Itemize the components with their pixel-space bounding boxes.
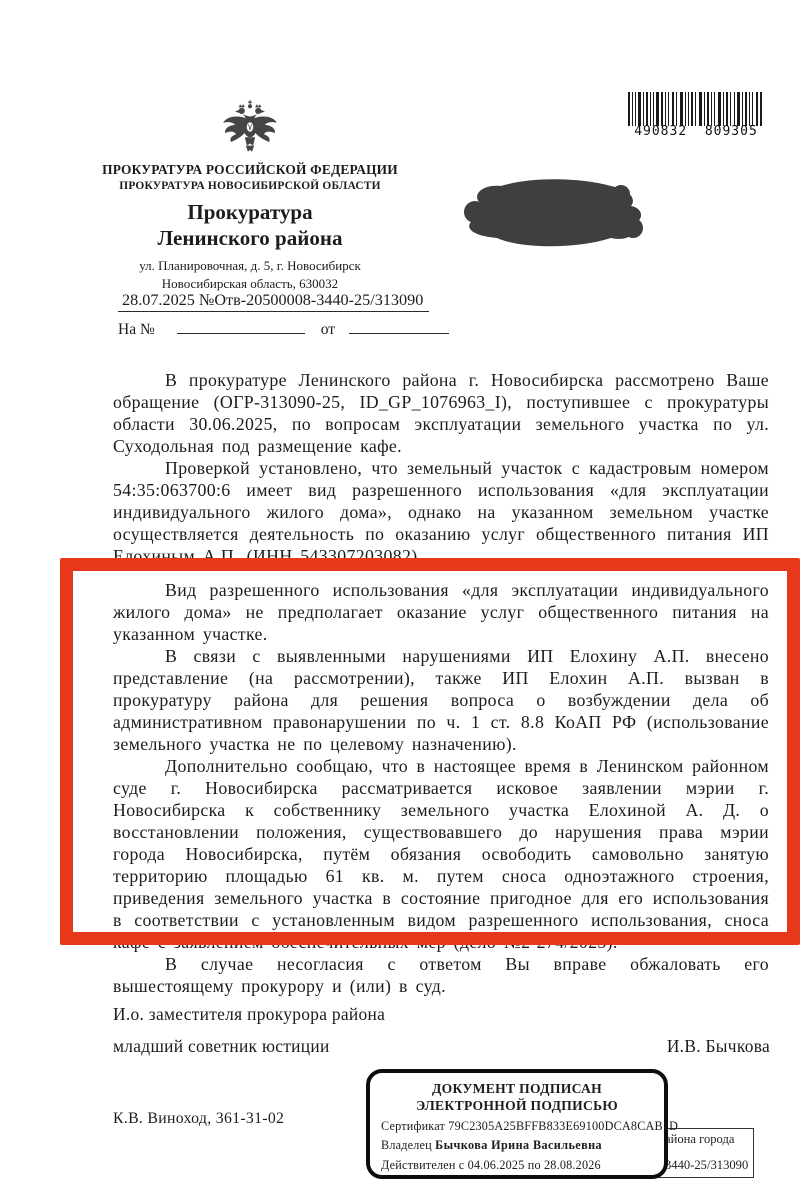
org-name-federation: ПРОКУРАТУРА РОССИЙСКОЙ ФЕДЕРАЦИИ bbox=[100, 162, 400, 178]
stamp-owner: Владелец Бычкова Ирина Васильевна bbox=[381, 1138, 653, 1153]
signer-position-line2: младший советник юстиции bbox=[113, 1036, 330, 1057]
stamp-certificate-value: 79C2305A25BFFB833E69100DCA8CAB1D bbox=[448, 1119, 678, 1133]
document-page: 490832 809305 bbox=[0, 0, 802, 1200]
signer-position-line1: И.о. заместителя прокурора района bbox=[113, 1004, 770, 1025]
outgoing-date-number: 28.07.2025 №Отв-20500008-3440-25/313090 bbox=[118, 291, 429, 312]
signer-name: И.В. Бычкова bbox=[667, 1036, 770, 1057]
barcode-bars-icon bbox=[628, 92, 764, 126]
org-address: ул. Планировочная, д. 5, г. Новосибирск … bbox=[100, 257, 400, 293]
barcode-digits: 490832 809305 bbox=[626, 124, 766, 139]
redaction-mark bbox=[453, 170, 653, 261]
letterhead: ПРОКУРАТУРА РОССИЙСКОЙ ФЕДЕРАЦИИ ПРОКУРА… bbox=[100, 100, 400, 293]
routing-box-line2: 3440-25/313090 bbox=[665, 1158, 749, 1173]
electronic-signature-stamp: ДОКУМЕНТ ПОДПИСАН ЭЛЕКТРОННОЙ ПОДПИСЬЮ С… bbox=[366, 1069, 668, 1179]
paragraph-land-use: Вид разрешенного использования «для эксп… bbox=[113, 579, 769, 645]
letter-body: В прокуратуре Ленинского района г. Новос… bbox=[113, 369, 769, 997]
org-name-district: Прокуратура Ленинского района bbox=[100, 199, 400, 251]
from-label: от bbox=[321, 321, 335, 338]
executor-contact: К.В. Виноход, 361-31-02 bbox=[113, 1110, 284, 1128]
reference-block: 28.07.2025 №Отв-20500008-3440-25/313090 … bbox=[118, 291, 538, 339]
paragraph-intro: В прокуратуре Ленинского района г. Новос… bbox=[113, 369, 769, 457]
stamp-title: ДОКУМЕНТ ПОДПИСАН ЭЛЕКТРОННОЙ ПОДПИСЬЮ bbox=[381, 1081, 653, 1114]
org-name-region: ПРОКУРАТУРА НОВОСИБИРСКОЙ ОБЛАСТИ bbox=[100, 180, 400, 192]
stamp-title-line2: ЭЛЕКТРОННОЙ ПОДПИСЬЮ bbox=[381, 1098, 653, 1115]
stamp-owner-value: Бычкова Ирина Васильевна bbox=[435, 1138, 602, 1152]
stamp-title-line1: ДОКУМЕНТ ПОДПИСАН bbox=[381, 1081, 653, 1098]
org-address-line1: ул. Планировочная, д. 5, г. Новосибирск bbox=[100, 257, 400, 275]
stamp-certificate-label: Сертификат bbox=[381, 1119, 445, 1133]
routing-box-line1: айона города bbox=[665, 1132, 749, 1147]
paragraph-measures: В связи с выявленными нарушениями ИП Ело… bbox=[113, 645, 769, 755]
org-name-line2: Ленинского района bbox=[100, 225, 400, 251]
coat-of-arms-icon bbox=[219, 100, 281, 156]
stamp-owner-label: Владелец bbox=[381, 1138, 432, 1152]
reply-label: На № bbox=[118, 321, 155, 338]
reply-reference-row: На №от bbox=[118, 319, 538, 339]
barcode: 490832 809305 bbox=[626, 92, 766, 139]
org-name-line1: Прокуратура bbox=[100, 199, 400, 225]
reply-date-blank bbox=[349, 319, 449, 334]
signature-block: И.о. заместителя прокурора района младши… bbox=[113, 1004, 770, 1057]
paragraph-findings: Проверкой установлено, что земельный уча… bbox=[113, 457, 769, 567]
stamp-validity: Действителен с 04.06.2025 по 28.08.2026 bbox=[381, 1158, 653, 1173]
reply-number-blank bbox=[177, 319, 305, 334]
paragraph-appeal: В случае несогласия с ответом Вы вправе … bbox=[113, 953, 769, 997]
paragraph-court-case: Дополнительно сообщаю, что в настоящее в… bbox=[113, 755, 769, 953]
stamp-certificate: Сертификат 79C2305A25BFFB833E69100DCA8CA… bbox=[381, 1119, 653, 1134]
